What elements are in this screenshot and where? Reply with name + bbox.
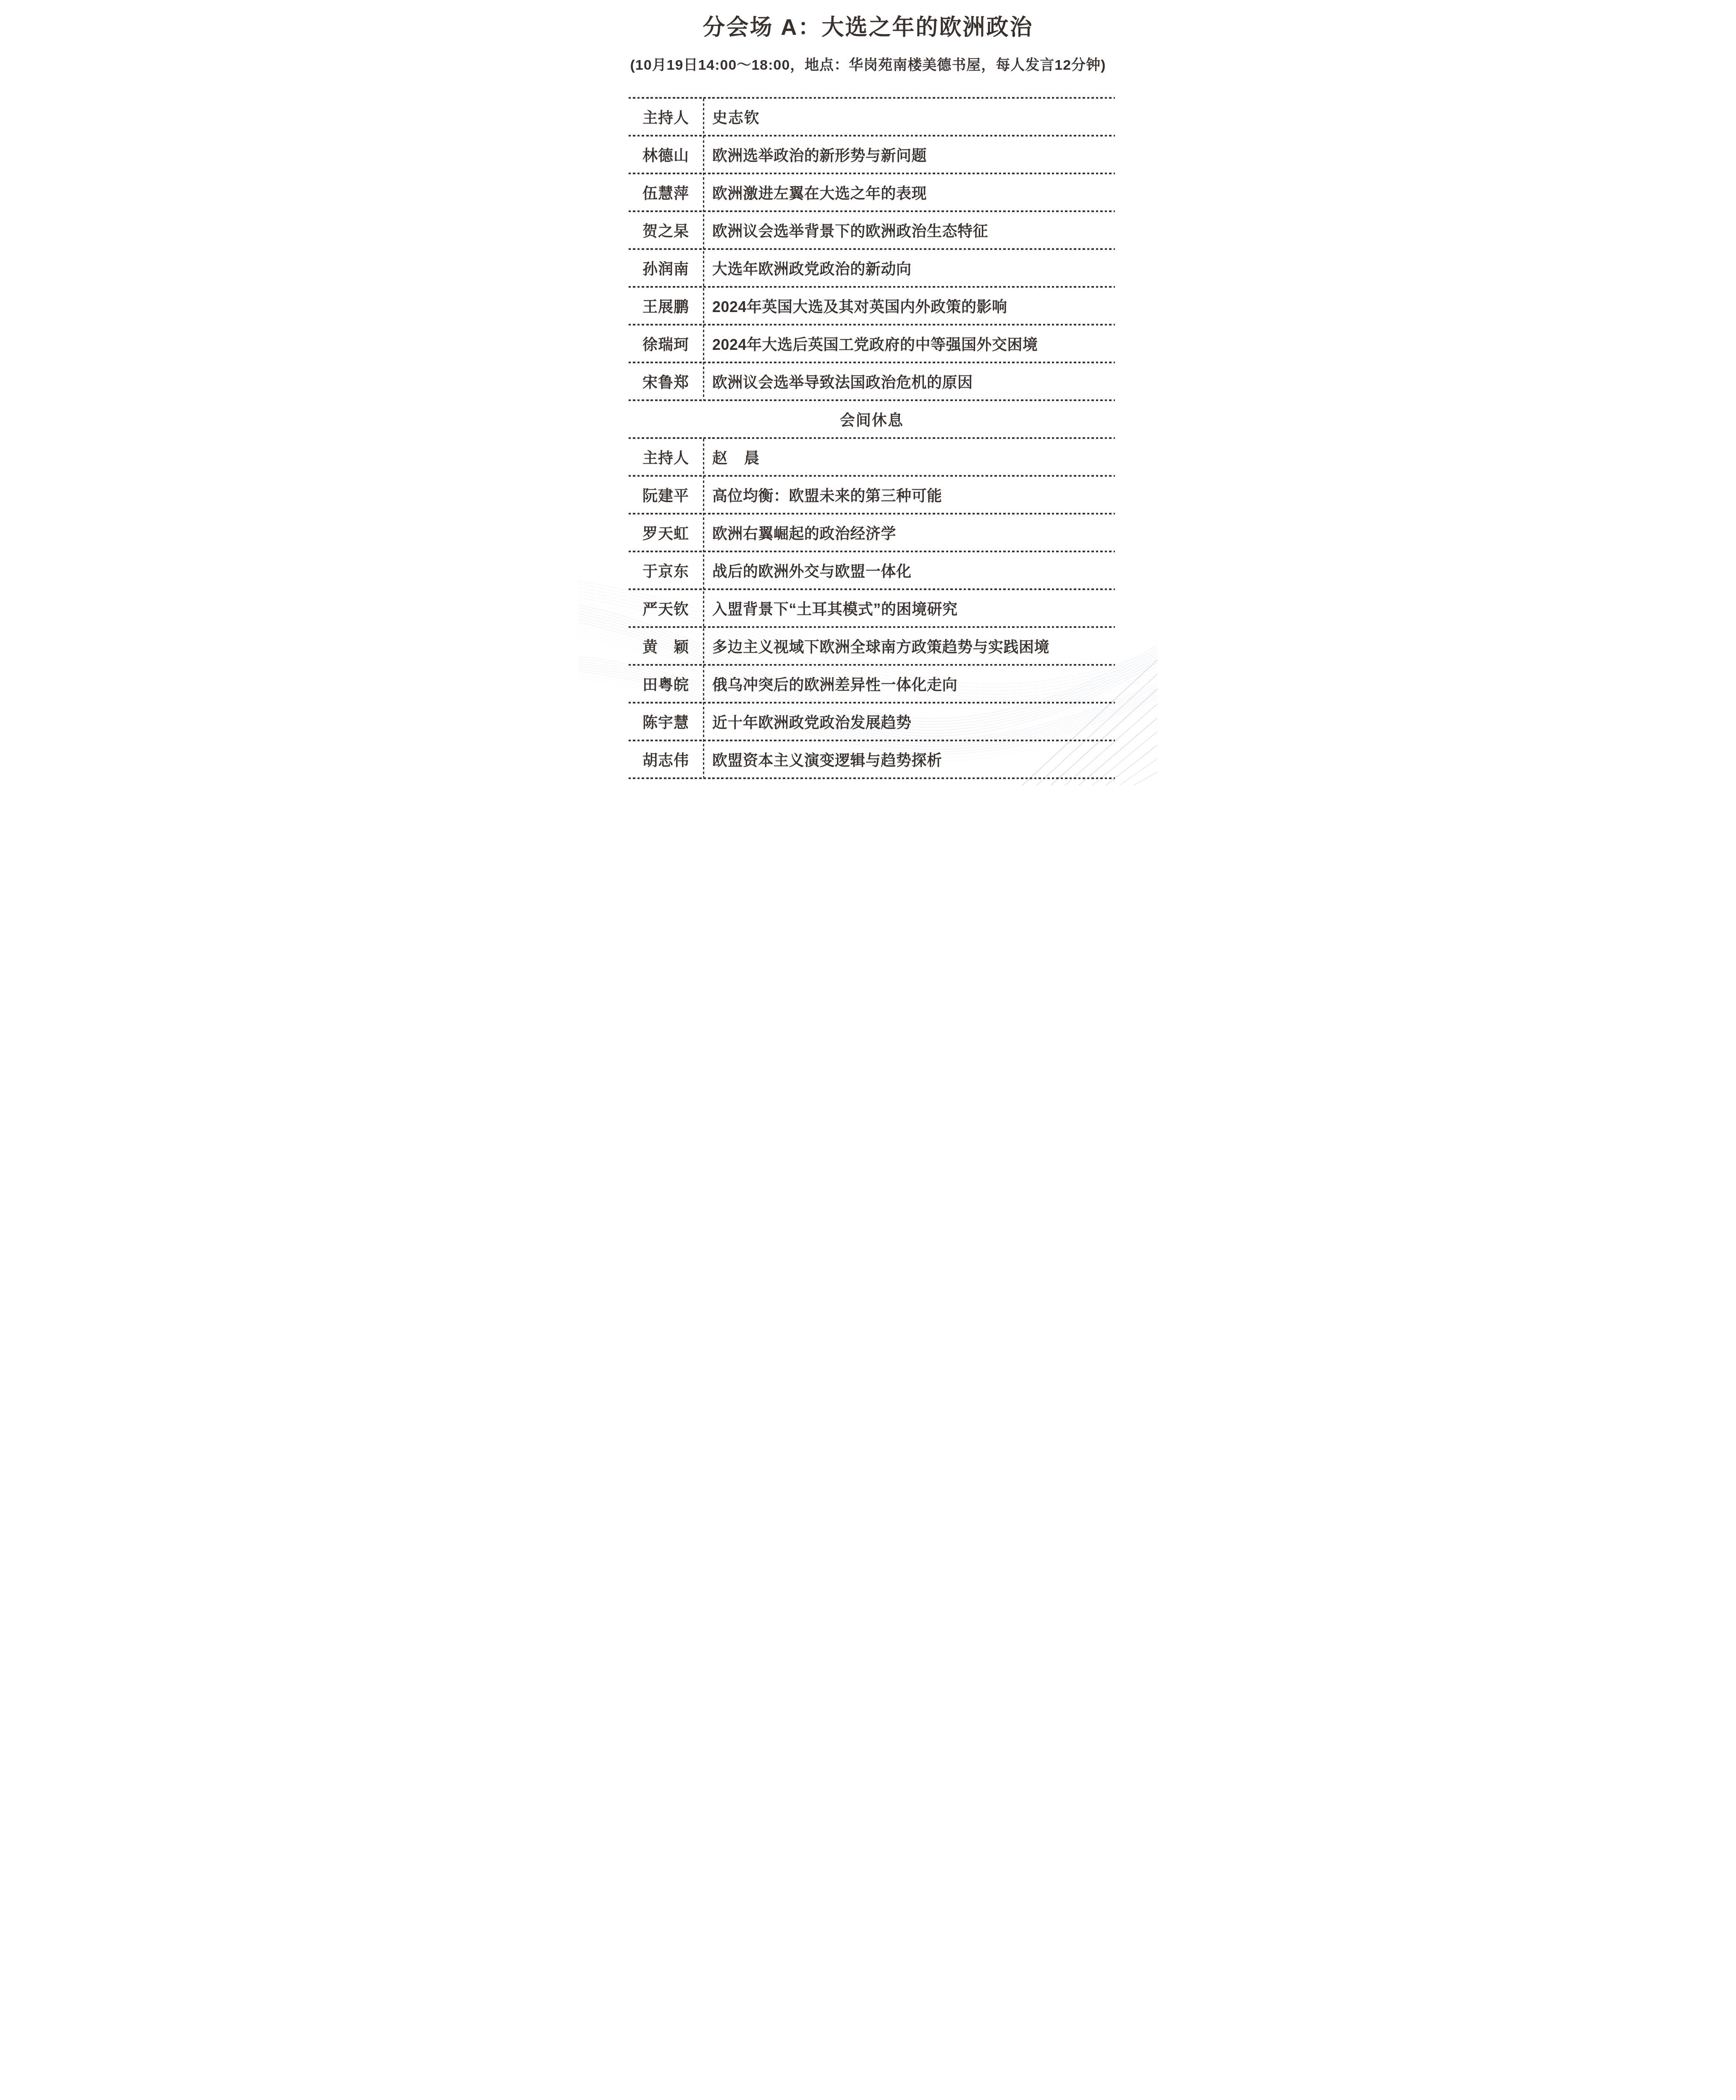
- talk-title: 欧盟资本主义演变逻辑与趋势探析: [703, 749, 1115, 770]
- speaker-name: 王展鹏: [629, 295, 703, 317]
- agenda-row: 严天钦 入盟背景下“土耳其模式”的困境研究: [629, 590, 1115, 626]
- agenda-row: 胡志伟 欧盟资本主义演变逻辑与趋势探析: [629, 741, 1115, 777]
- agenda-row: 陈宇慧 近十年欧洲政党政治发展趋势: [629, 703, 1115, 740]
- column-divider-bottom: [703, 439, 704, 777]
- agenda-row: 贺之杲 欧洲议会选举背景下的欧洲政治生态特征: [629, 212, 1115, 248]
- break-row: 会间休息: [629, 401, 1115, 437]
- talk-title: 欧洲激进左翼在大选之年的表现: [703, 182, 1115, 203]
- talk-title: 2024年英国大选及其对英国内外政策的影响: [703, 295, 1115, 317]
- agenda-row: 黄 颖 多边主义视域下欧洲全球南方政策趋势与实践困境: [629, 628, 1115, 664]
- moderator-row: 主持人 史志钦: [629, 99, 1115, 135]
- agenda-row: 阮建平 高位均衡：欧盟未来的第三种可能: [629, 477, 1115, 513]
- talk-title: 多边主义视域下欧洲全球南方政策趋势与实践困境: [703, 635, 1115, 657]
- talk-title: 欧洲选举政治的新形势与新问题: [703, 144, 1115, 165]
- speaker-name: 陈宇慧: [629, 711, 703, 732]
- speaker-name: 阮建平: [629, 484, 703, 506]
- talk-title: 战后的欧洲外交与欧盟一体化: [703, 560, 1115, 581]
- moderator-name: 史志钦: [703, 106, 1115, 128]
- talk-title: 欧洲右翼崛起的政治经济学: [703, 522, 1115, 543]
- agenda-row: 孙润南 大选年欧洲政党政治的新动向: [629, 250, 1115, 286]
- dotted-divider: [629, 777, 1115, 779]
- column-divider-top: [703, 99, 704, 399]
- speaker-name: 严天钦: [629, 598, 703, 619]
- speaker-name: 胡志伟: [629, 749, 703, 770]
- moderator-label: 主持人: [629, 106, 703, 128]
- moderator-row: 主持人 赵 晨: [629, 439, 1115, 475]
- talk-title: 欧洲议会选举导致法国政治危机的原因: [703, 371, 1115, 392]
- speaker-name: 宋鲁郑: [629, 371, 703, 392]
- page-title: 分会场 A：大选之年的欧洲政治: [579, 14, 1157, 41]
- speaker-name: 孙润南: [629, 257, 703, 279]
- talk-title: 大选年欧洲政党政治的新动向: [703, 257, 1115, 279]
- session-info: (10月19日14:00～18:00，地点：华岗苑南楼美德书屋，每人发言12分钟…: [579, 56, 1157, 74]
- agenda-row: 徐瑞珂 2024年大选后英国工党政府的中等强国外交困境: [629, 325, 1115, 362]
- moderator-name: 赵 晨: [703, 446, 1115, 468]
- speaker-name: 于京东: [629, 560, 703, 581]
- agenda-row: 罗天虹 欧洲右翼崛起的政治经济学: [629, 514, 1115, 551]
- speaker-name: 黄 颖: [629, 635, 703, 657]
- talk-title: 2024年大选后英国工党政府的中等强国外交困境: [703, 333, 1115, 354]
- agenda-row: 林德山 欧洲选举政治的新形势与新问题: [629, 136, 1115, 173]
- speaker-name: 田粤皖: [629, 673, 703, 695]
- agenda-row: 伍慧萍 欧洲激进左翼在大选之年的表现: [629, 174, 1115, 210]
- talk-title: 近十年欧洲政党政治发展趋势: [703, 711, 1115, 732]
- moderator-label: 主持人: [629, 446, 703, 468]
- agenda-row: 王展鹏 2024年英国大选及其对英国内外政策的影响: [629, 288, 1115, 324]
- talk-title: 高位均衡：欧盟未来的第三种可能: [703, 484, 1115, 506]
- talk-title: 入盟背景下“土耳其模式”的困境研究: [703, 598, 1115, 619]
- speaker-name: 徐瑞珂: [629, 333, 703, 354]
- agenda-row: 宋鲁郑 欧洲议会选举导致法国政治危机的原因: [629, 363, 1115, 399]
- talk-title: 欧洲议会选举背景下的欧洲政治生态特征: [703, 220, 1115, 241]
- speaker-name: 林德山: [629, 144, 703, 165]
- agenda-page: 分会场 A：大选之年的欧洲政治 (10月19日14:00～18:00，地点：华岗…: [579, 0, 1157, 785]
- break-label: 会间休息: [840, 409, 904, 430]
- agenda-row: 于京东 战后的欧洲外交与欧盟一体化: [629, 552, 1115, 588]
- talk-title: 俄乌冲突后的欧洲差异性一体化走向: [703, 673, 1115, 695]
- speaker-name: 罗天虹: [629, 522, 703, 543]
- agenda-row: 田粤皖 俄乌冲突后的欧洲差异性一体化走向: [629, 666, 1115, 702]
- speaker-name: 贺之杲: [629, 220, 703, 241]
- agenda-table: 主持人 史志钦 林德山 欧洲选举政治的新形势与新问题 伍慧萍 欧洲激进左翼在大选…: [629, 97, 1115, 779]
- speaker-name: 伍慧萍: [629, 182, 703, 203]
